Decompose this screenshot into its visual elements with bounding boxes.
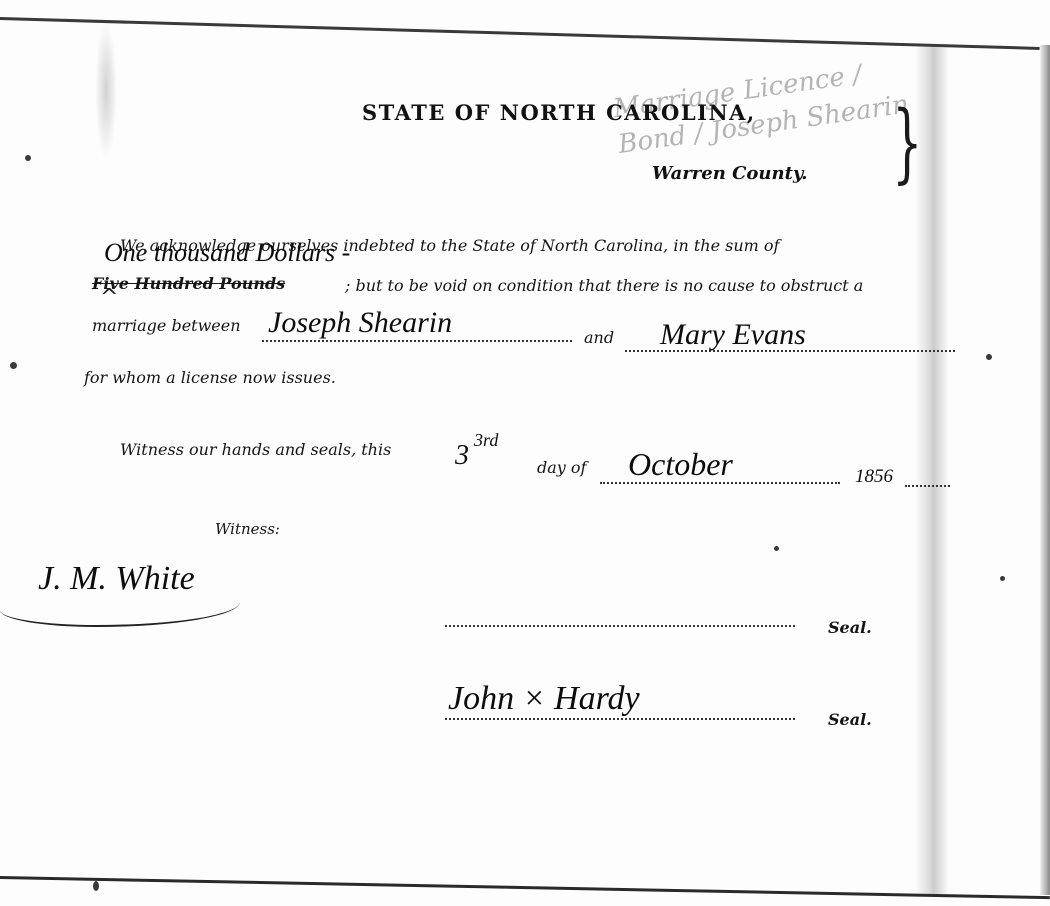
groom-name: Joseph Shearin (268, 306, 452, 340)
seal-label-1: Seal. (828, 618, 872, 637)
bond-amount: One thousand Dollars - (104, 238, 350, 268)
date-day: 3rd (474, 430, 498, 451)
ink-speck (10, 362, 17, 369)
signature-flourish (0, 585, 240, 627)
brace-mark: } (892, 100, 922, 186)
bleed-through-notation: Marriage Licence / Bond / Joseph Shearin (611, 50, 929, 240)
insertion-caret: ^ (100, 285, 118, 310)
signature-line-2 (445, 718, 795, 720)
signer-name: John × Hardy (448, 680, 640, 718)
signature-line-1 (445, 625, 795, 627)
struck-amount: Five Hundred Pounds (92, 274, 285, 293)
year-dotted-line (905, 485, 950, 487)
date-day-number: 3 (455, 440, 469, 472)
bond-line-4: for whom a license now issues. (84, 368, 336, 387)
ink-speck (93, 881, 99, 891)
document-page: Marriage Licence / Bond / Joseph Shearin… (0, 0, 1050, 906)
ink-speck (986, 354, 992, 360)
ink-speck (1000, 576, 1005, 581)
bond-line-3-prefix: marriage between (92, 316, 241, 335)
ink-speck (774, 546, 779, 551)
and-word: and (584, 328, 614, 347)
ink-speck (25, 155, 31, 161)
bond-line-2: ; but to be void on condition that there… (345, 276, 863, 295)
document-heading: STATE OF NORTH CAROLINA, (362, 100, 756, 125)
groom-dotted-line (262, 340, 572, 342)
county-label: Warren County. (652, 163, 808, 184)
bride-name: Mary Evans (660, 318, 806, 352)
paper-smudge (95, 20, 117, 160)
day-of-label: day of (537, 458, 586, 477)
paper-right-edge (1040, 45, 1050, 895)
paper-top-edge (0, 17, 1040, 50)
witness-line-prefix: Witness our hands and seals, this (120, 440, 391, 459)
paper-bottom-edge (0, 876, 1050, 899)
date-month: October (628, 446, 733, 483)
date-year: 1856 (855, 466, 893, 488)
witness-label: Witness: (215, 520, 280, 538)
seal-label-2: Seal. (828, 710, 872, 729)
